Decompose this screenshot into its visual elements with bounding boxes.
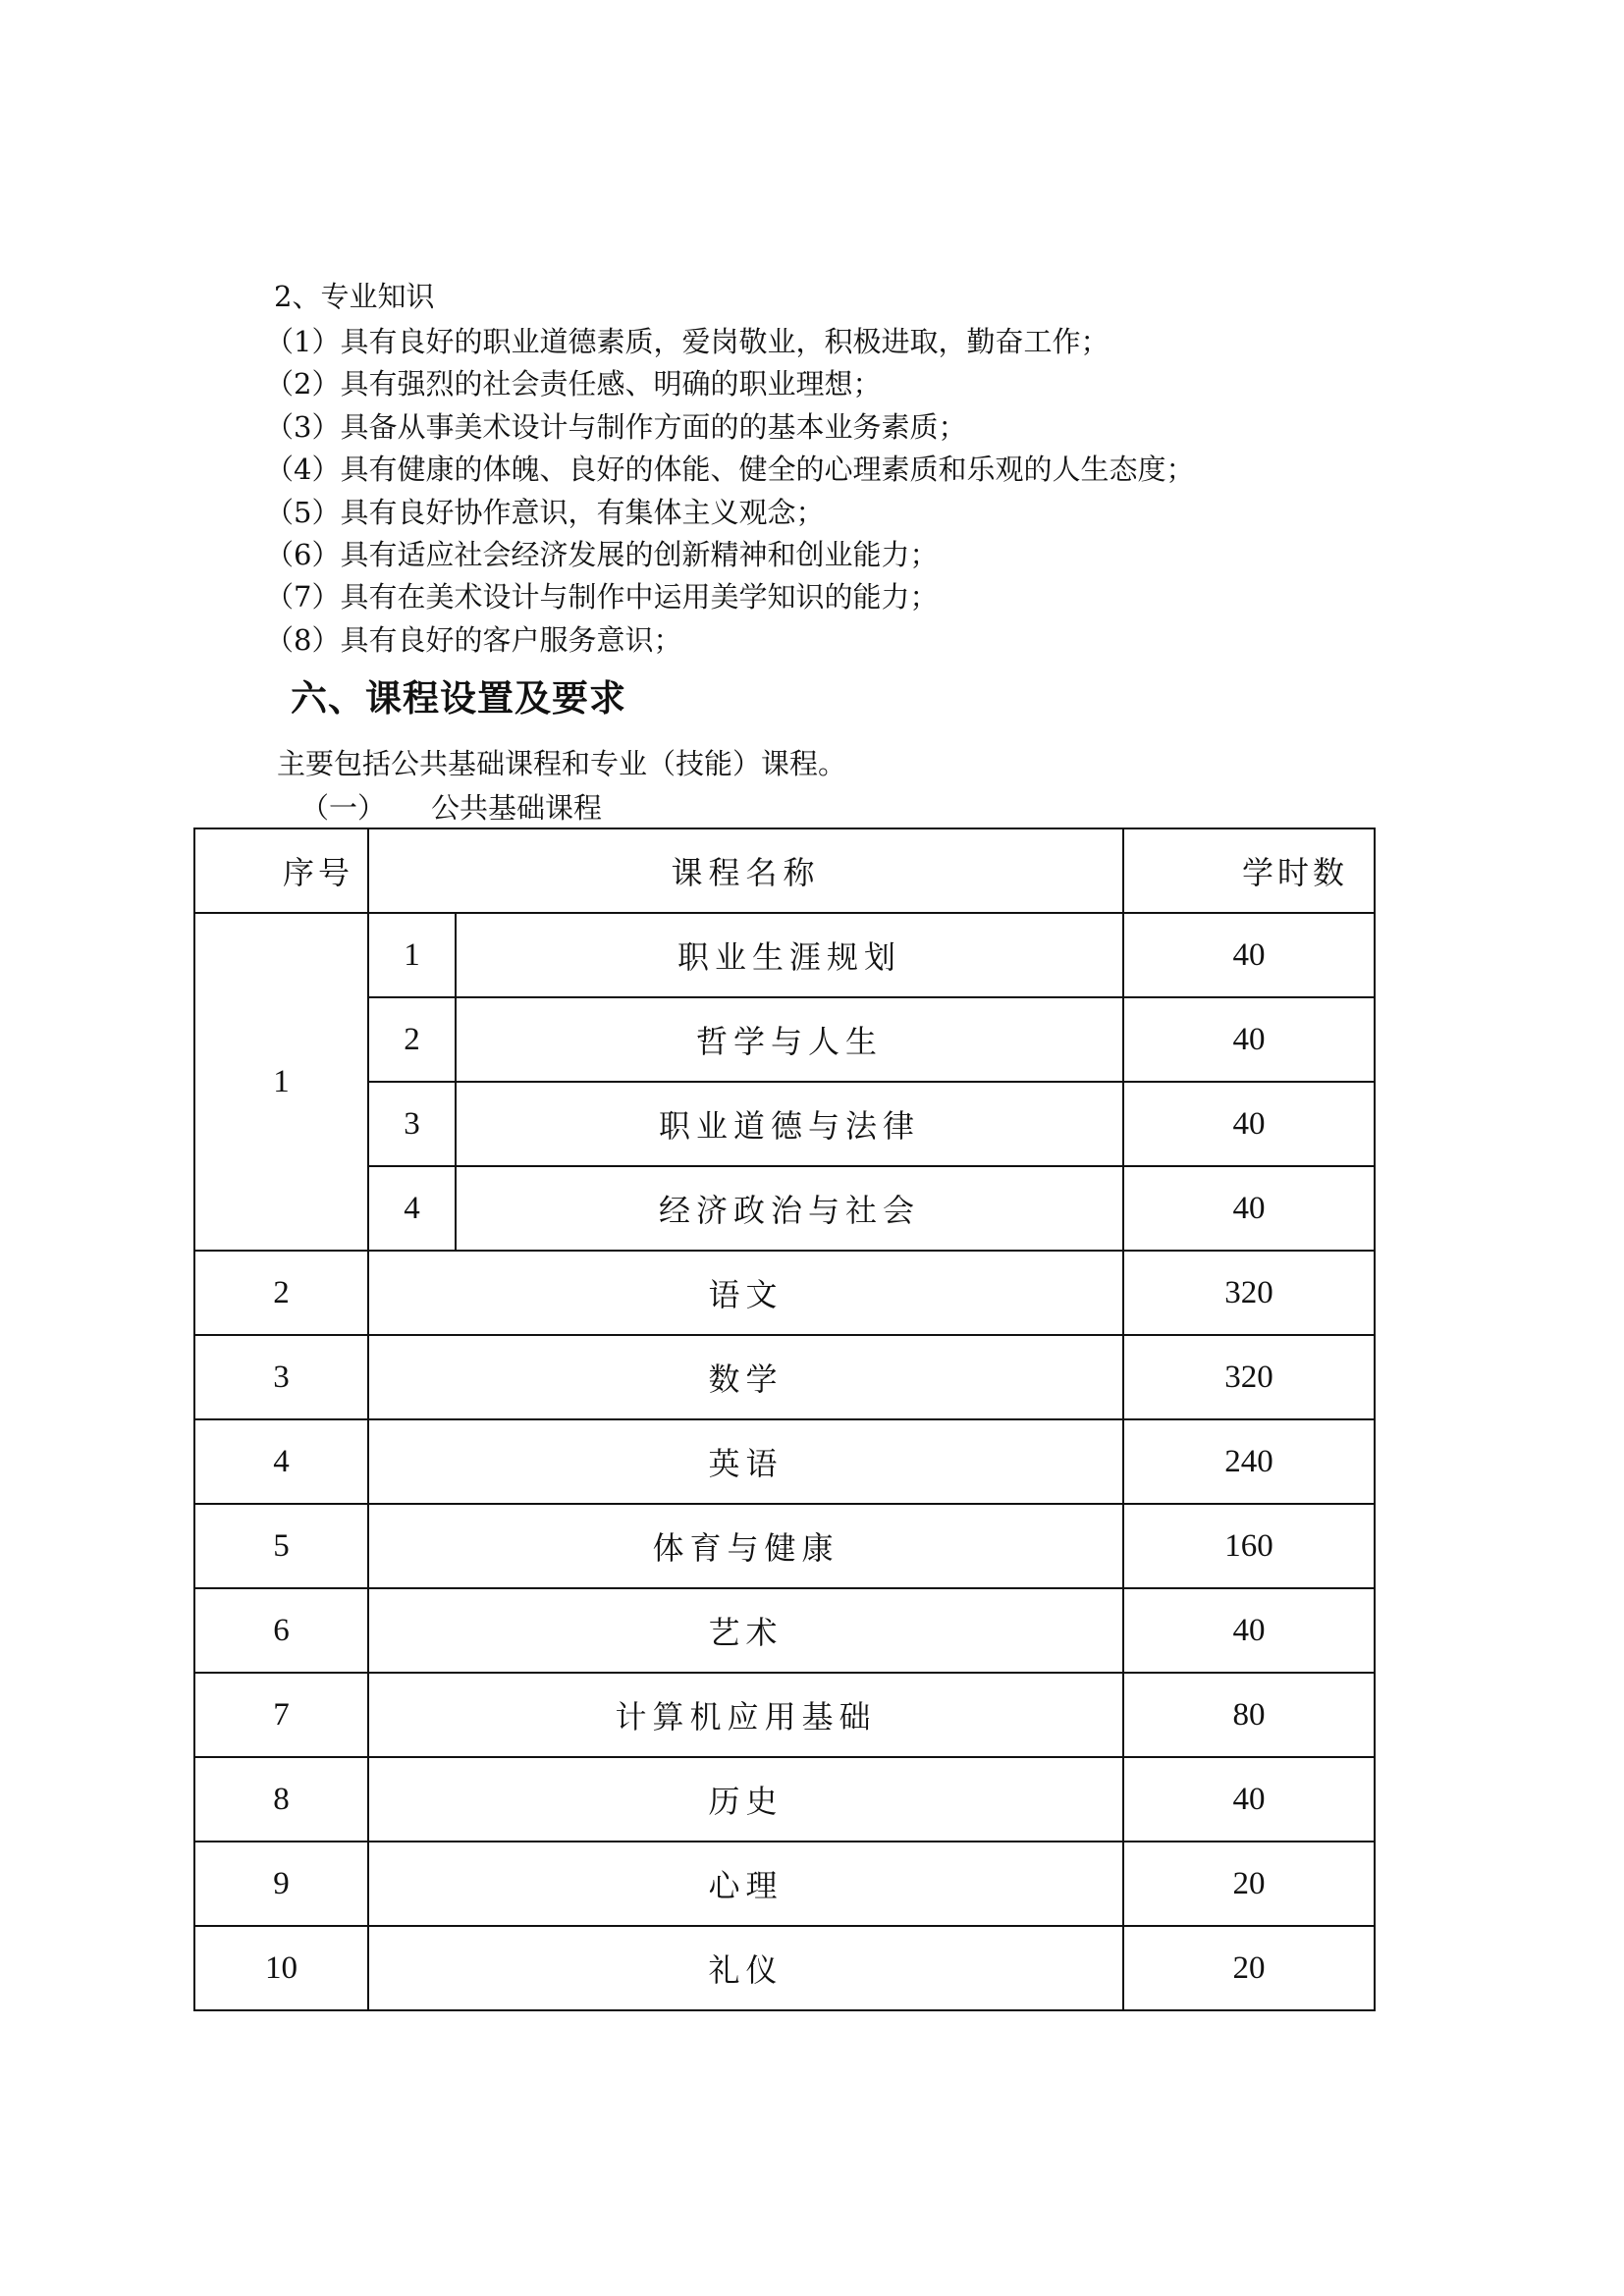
table-row: 2 语文 320 xyxy=(194,1251,1375,1335)
table-row: 9 心理 20 xyxy=(194,1842,1375,1926)
cell-subseq: 2 xyxy=(368,997,456,1082)
list-item: （5）具有良好协作意识，有集体主义观念； xyxy=(265,492,1194,534)
cell-seq: 7 xyxy=(194,1673,368,1757)
cell-hours: 80 xyxy=(1123,1673,1375,1757)
cell-hours: 40 xyxy=(1123,1082,1375,1166)
table-row: 1 1 职业生涯规划 40 xyxy=(194,913,1375,997)
course-table: 序号 课程名称 学时数 1 1 职业生涯规划 40 2 哲学与人生 40 3 职… xyxy=(193,828,1376,2011)
list-item: （2）具有强烈的社会责任感、明确的职业理想； xyxy=(265,363,1194,405)
list-item: （1）具有良好的职业道德素质，爱岗敬业，积极进取，勤奋工作； xyxy=(265,321,1194,363)
table-header-row: 序号 课程名称 学时数 xyxy=(194,828,1375,913)
table-row: 5 体育与健康 160 xyxy=(194,1504,1375,1588)
header-seq: 序号 xyxy=(194,828,368,913)
list-item: （6）具有适应社会经济发展的创新精神和创业能力； xyxy=(265,534,1194,576)
cell-seq: 4 xyxy=(194,1419,368,1504)
table-row: 2 哲学与人生 40 xyxy=(194,997,1375,1082)
cell-hours: 20 xyxy=(1123,1842,1375,1926)
table-row: 7 计算机应用基础 80 xyxy=(194,1673,1375,1757)
cell-seq: 6 xyxy=(194,1588,368,1673)
cell-subseq: 4 xyxy=(368,1166,456,1251)
cell-hours: 160 xyxy=(1123,1504,1375,1588)
subheading-text: 公共基础课程 xyxy=(431,791,602,825)
cell-seq: 3 xyxy=(194,1335,368,1419)
cell-seq: 5 xyxy=(194,1504,368,1588)
cell-subseq: 3 xyxy=(368,1082,456,1166)
cell-seq: 8 xyxy=(194,1757,368,1842)
curriculum-intro: 主要包括公共基础课程和专业（技能）课程。 xyxy=(277,744,846,783)
table-row: 3 职业道德与法律 40 xyxy=(194,1082,1375,1166)
list-item: （3）具备从事美术设计与制作方面的的基本业务素质； xyxy=(265,406,1194,449)
cell-course-name: 艺术 xyxy=(368,1588,1123,1673)
table-row: 6 艺术 40 xyxy=(194,1588,1375,1673)
cell-hours: 40 xyxy=(1123,1588,1375,1673)
cell-hours: 240 xyxy=(1123,1419,1375,1504)
table-row: 10 礼仪 20 xyxy=(194,1926,1375,2010)
cell-hours: 320 xyxy=(1123,1251,1375,1335)
cell-seq: 10 xyxy=(194,1926,368,2010)
subheading-public-basic-courses: （一）公共基础课程 xyxy=(300,788,602,828)
cell-hours: 40 xyxy=(1123,1757,1375,1842)
section-title-professional-knowledge: 2、专业知识 xyxy=(274,279,434,314)
table-row: 4 英语 240 xyxy=(194,1419,1375,1504)
subheading-number: （一） xyxy=(300,791,386,825)
cell-course-name: 语文 xyxy=(368,1251,1123,1335)
table-row: 4 经济政治与社会 40 xyxy=(194,1166,1375,1251)
cell-course-name: 数学 xyxy=(368,1335,1123,1419)
cell-course-name: 历史 xyxy=(368,1757,1123,1842)
table-row: 8 历史 40 xyxy=(194,1757,1375,1842)
cell-course-name: 心理 xyxy=(368,1842,1123,1926)
cell-seq: 2 xyxy=(194,1251,368,1335)
list-item: （4）具有健康的体魄、良好的体能、健全的心理素质和乐观的人生态度； xyxy=(265,449,1194,491)
cell-course-name: 哲学与人生 xyxy=(456,997,1123,1082)
cell-course-name: 英语 xyxy=(368,1419,1123,1504)
cell-subseq: 1 xyxy=(368,913,456,997)
professional-knowledge-list: （1）具有良好的职业道德素质，爱岗敬业，积极进取，勤奋工作； （2）具有强烈的社… xyxy=(265,321,1194,662)
section-heading-curriculum: 六、课程设置及要求 xyxy=(291,675,626,722)
list-item: （8）具有良好的客户服务意识； xyxy=(265,619,1194,662)
cell-course-name: 体育与健康 xyxy=(368,1504,1123,1588)
cell-course-name: 经济政治与社会 xyxy=(456,1166,1123,1251)
header-hours: 学时数 xyxy=(1123,828,1375,913)
table-row: 3 数学 320 xyxy=(194,1335,1375,1419)
cell-hours: 40 xyxy=(1123,1166,1375,1251)
cell-hours: 20 xyxy=(1123,1926,1375,2010)
list-item: （7）具有在美术设计与制作中运用美学知识的能力； xyxy=(265,576,1194,618)
cell-hours: 40 xyxy=(1123,997,1375,1082)
cell-hours: 320 xyxy=(1123,1335,1375,1419)
cell-course-name: 礼仪 xyxy=(368,1926,1123,2010)
cell-course-name: 职业生涯规划 xyxy=(456,913,1123,997)
cell-seq: 1 xyxy=(194,913,368,1251)
cell-course-name: 计算机应用基础 xyxy=(368,1673,1123,1757)
header-course-name: 课程名称 xyxy=(368,828,1123,913)
cell-seq: 9 xyxy=(194,1842,368,1926)
cell-course-name: 职业道德与法律 xyxy=(456,1082,1123,1166)
cell-hours: 40 xyxy=(1123,913,1375,997)
